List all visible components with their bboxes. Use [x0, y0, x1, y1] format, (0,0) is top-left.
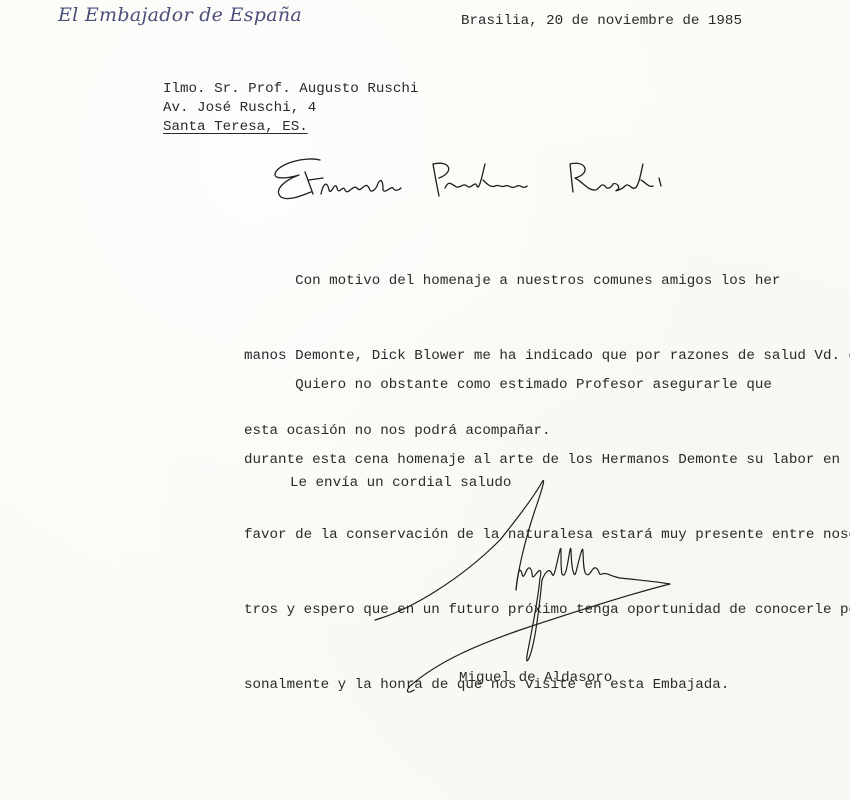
recipient-city: Santa Teresa, ES. — [163, 118, 418, 137]
paragraph-2-line: Quiero no obstante como estimado Profeso… — [244, 373, 850, 398]
dateline: Brasilia, 20 de noviembre de 1985 — [461, 13, 742, 29]
signer-name: Miguel de Aldasoro — [459, 670, 612, 686]
handwritten-signature — [370, 470, 730, 700]
paragraph-1-line: Con motivo del homenaje a nuestros comun… — [244, 269, 850, 294]
recipient-street: Av. José Ruschi, 4 — [163, 99, 418, 118]
letterhead: El Embajador de España — [58, 4, 302, 26]
letter-page: El Embajador de España Brasilia, 20 de n… — [0, 0, 850, 800]
recipient-name: Ilmo. Sr. Prof. Augusto Ruschi — [163, 80, 418, 99]
recipient-address: Ilmo. Sr. Prof. Augusto Ruschi Av. José … — [163, 80, 418, 137]
handwritten-salutation — [265, 150, 685, 210]
